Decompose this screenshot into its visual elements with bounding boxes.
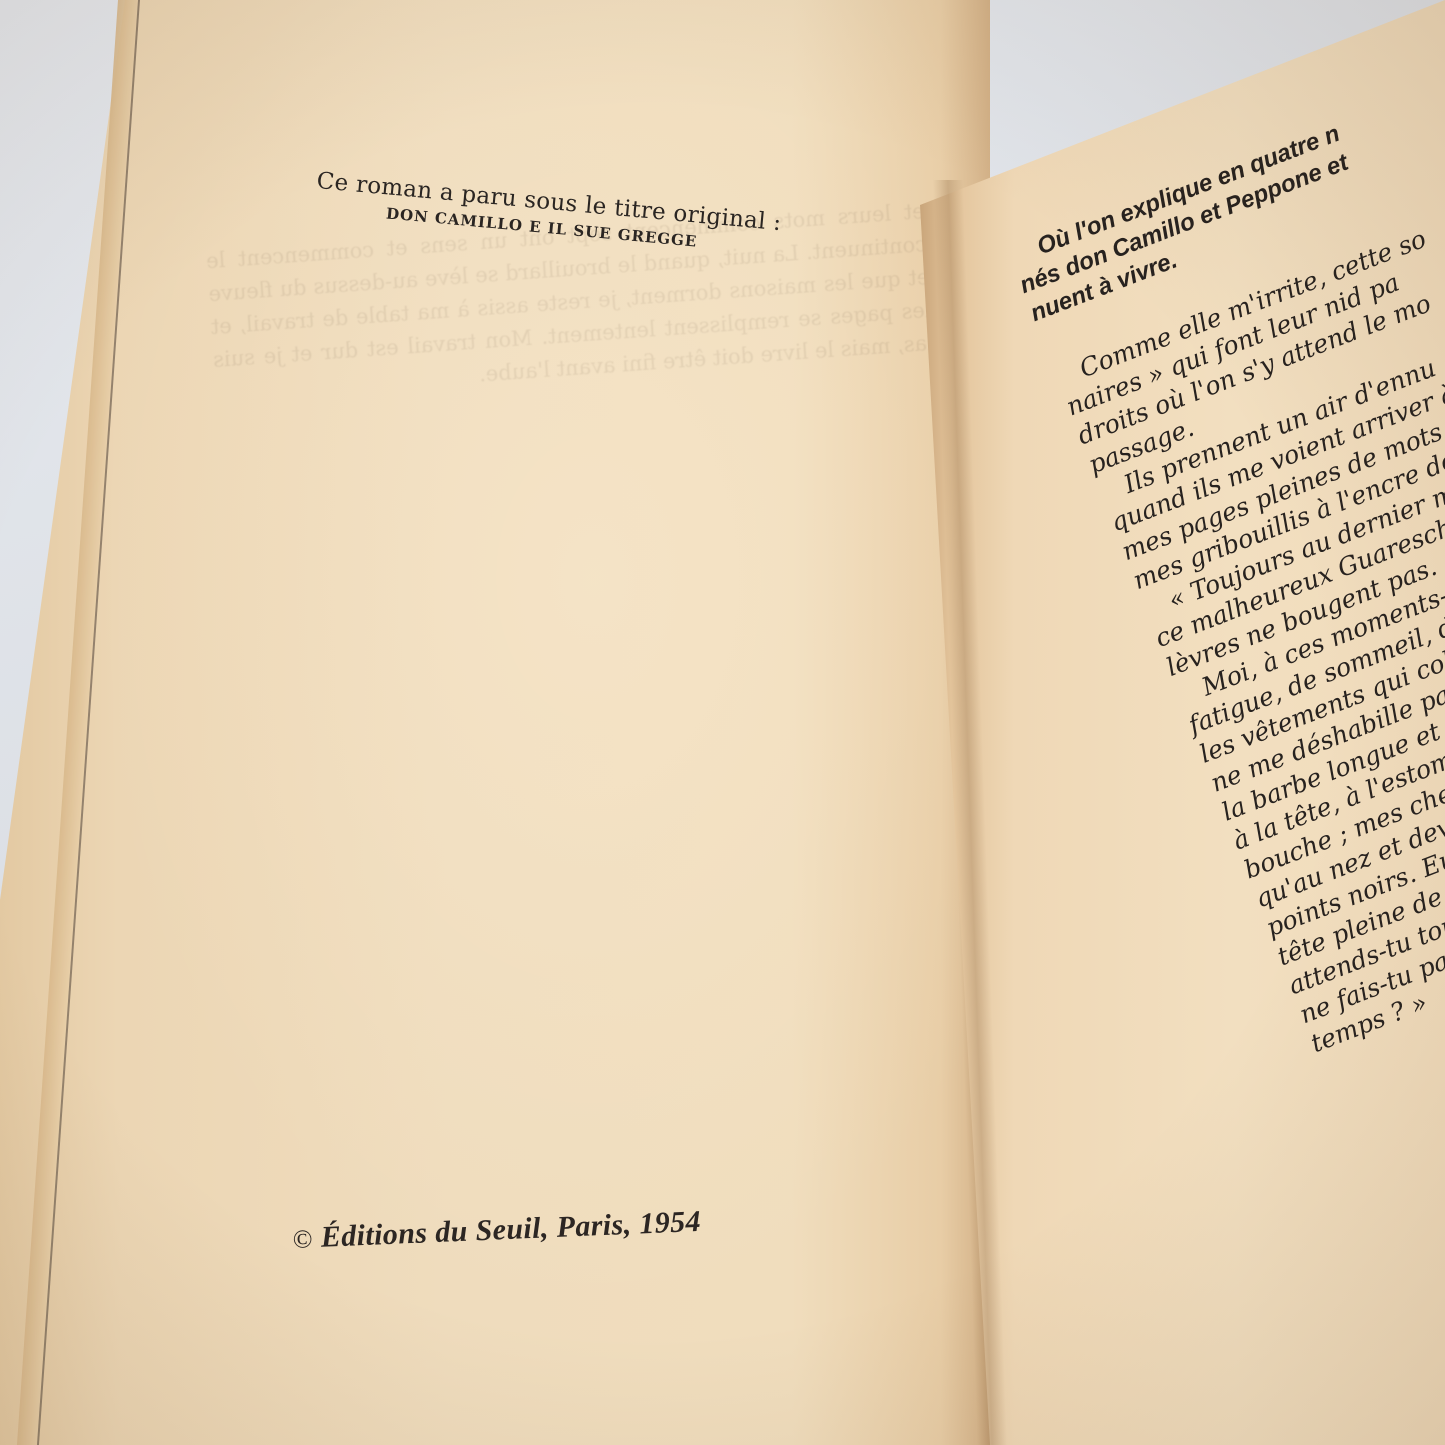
copyright-icon: © [292, 1224, 313, 1254]
photo-scene: et leurs mots commencent sept ont un sen… [0, 0, 1445, 1445]
